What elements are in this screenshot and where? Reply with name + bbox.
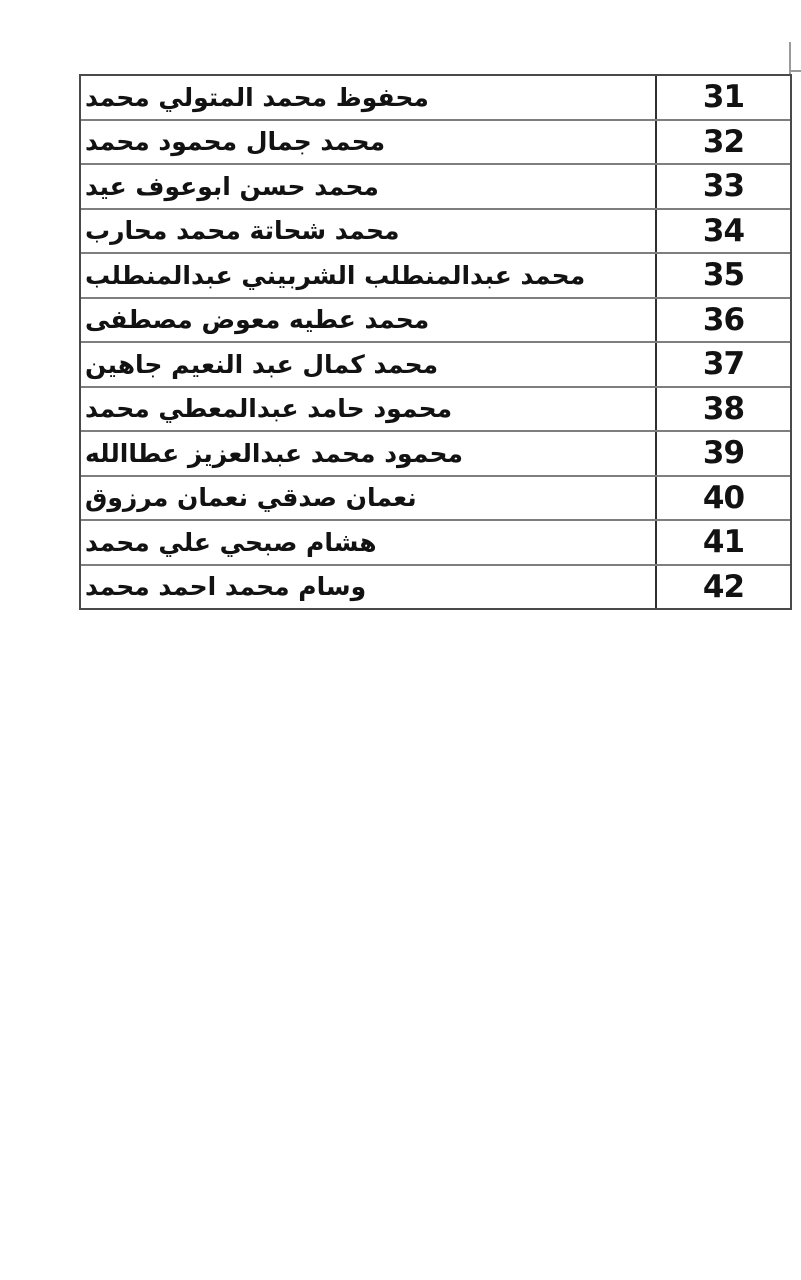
name-cell: محمد حسن ابوعوف عيد: [81, 165, 655, 208]
serial-number-cell: 37: [655, 343, 790, 386]
serial-number-cell: 42: [655, 566, 790, 609]
name-cell: هشام صبحي علي محمد: [81, 521, 655, 564]
serial-number-cell: 31: [655, 76, 790, 119]
table-row: محمد عطيه معوض مصطفى 36: [81, 299, 790, 344]
name-cell: محفوظ محمد المتولي محمد: [81, 76, 655, 119]
name-cell: محمد جمال محمود محمد: [81, 121, 655, 164]
name-cell: محمود حامد عبدالمعطي محمد: [81, 388, 655, 431]
serial-number-cell: 32: [655, 121, 790, 164]
table-row: محمد عبدالمنطلب الشربيني عبدالمنطلب 35: [81, 254, 790, 299]
serial-number-cell: 39: [655, 432, 790, 475]
name-cell: محمد عطيه معوض مصطفى: [81, 299, 655, 342]
table-row: محمد حسن ابوعوف عيد 33: [81, 165, 790, 210]
table-row: محمود حامد عبدالمعطي محمد 38: [81, 388, 790, 433]
name-cell: وسام محمد احمد محمد: [81, 566, 655, 609]
serial-number-cell: 38: [655, 388, 790, 431]
roster-table: محفوظ محمد المتولي محمد 31 محمد جمال محم…: [79, 74, 792, 610]
table-row: هشام صبحي علي محمد 41: [81, 521, 790, 566]
serial-number-cell: 33: [655, 165, 790, 208]
table-row: محمد كمال عبد النعيم جاهين 37: [81, 343, 790, 388]
name-cell: محمد شحاتة محمد محارب: [81, 210, 655, 253]
document-page: محفوظ محمد المتولي محمد 31 محمد جمال محم…: [0, 0, 801, 1280]
cropped-cell-border-horizontal: [789, 70, 801, 72]
name-cell: محمود محمد عبدالعزيز عطاالله: [81, 432, 655, 475]
table-row: محمد شحاتة محمد محارب 34: [81, 210, 790, 255]
table-row: نعمان صدقي نعمان مرزوق 40: [81, 477, 790, 522]
table-row: وسام محمد احمد محمد 42: [81, 566, 790, 609]
serial-number-cell: 34: [655, 210, 790, 253]
serial-number-cell: 41: [655, 521, 790, 564]
serial-number-cell: 40: [655, 477, 790, 520]
serial-number-cell: 35: [655, 254, 790, 297]
serial-number-cell: 36: [655, 299, 790, 342]
name-cell: نعمان صدقي نعمان مرزوق: [81, 477, 655, 520]
table-row: محفوظ محمد المتولي محمد 31: [81, 76, 790, 121]
table-row: محمد جمال محمود محمد 32: [81, 121, 790, 166]
table-row: محمود محمد عبدالعزيز عطاالله 39: [81, 432, 790, 477]
name-cell: محمد عبدالمنطلب الشربيني عبدالمنطلب: [81, 254, 655, 297]
name-cell: محمد كمال عبد النعيم جاهين: [81, 343, 655, 386]
